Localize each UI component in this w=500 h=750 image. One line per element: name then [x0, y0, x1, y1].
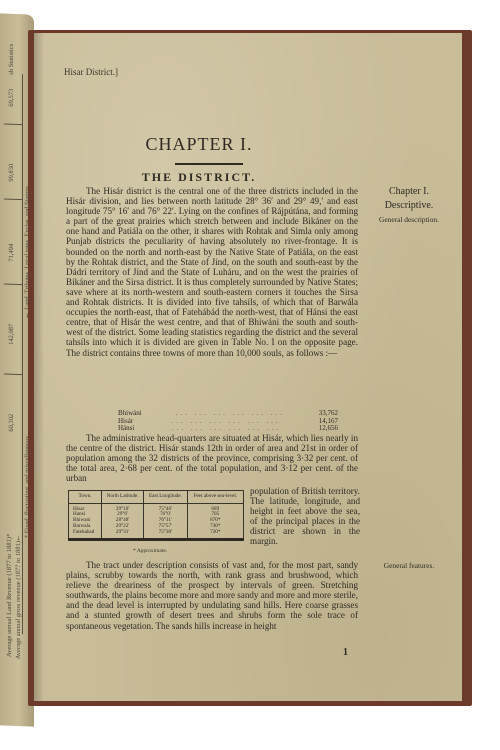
longitude-cell: 75°30′ [144, 530, 187, 540]
paragraph-intro: The Hisár district is the central one of… [66, 186, 358, 358]
page-number: 1 [343, 647, 348, 658]
leader-dots: ... ... ... ... ... ... [134, 425, 318, 433]
table-header: Feet above sea-level. [187, 491, 243, 504]
running-head: Hisar District.] [64, 67, 118, 77]
paragraph-text: The tract under description consists of … [66, 560, 358, 631]
prev-page-row-label: Average annual gross revenue (1877 to 18… [15, 534, 22, 660]
section-title: THE DISTRICT. [34, 170, 364, 185]
table-row: Fatehabad 29°31′ 75°30′ 720* [69, 530, 244, 540]
chapter-heading: CHAPTER I. [34, 134, 364, 155]
margin-note-chapter: Chapter I. [362, 186, 456, 197]
prev-page-header: sh Statistics [8, 44, 15, 75]
margin-note-general-description: General description. [362, 215, 456, 224]
table-footnote: * Approximate. [133, 548, 167, 554]
height-cell: 720* [187, 530, 243, 540]
prev-page-table-rule [22, 74, 23, 634]
paragraph-headquarters: The administrative head-quarters are sit… [66, 433, 358, 483]
town-name: Hánsi [118, 425, 134, 433]
table-side-text: population of British territory. The lat… [250, 486, 360, 547]
prev-page-divider [4, 199, 22, 201]
latitude-longitude-table: Town. North Latitude. East Longitude. Fe… [68, 490, 244, 541]
town-cell: Fatehabad [69, 530, 102, 540]
prev-page-divider [4, 124, 22, 126]
prev-page-value: 69,573 [8, 89, 15, 107]
table-header: Town. [69, 491, 102, 504]
towns-list: Bhiwáni ... ... ... ... ... ... 33,762 H… [118, 410, 338, 433]
chapter-rule [175, 163, 243, 165]
prev-page-value: 60,302 [8, 414, 15, 432]
table-header-row: Town. North Latitude. East Longitude. Fe… [69, 491, 244, 504]
margin-note-descriptive: Descriptive. [362, 200, 456, 211]
prev-page-value: 71,494 [8, 244, 15, 262]
prev-page-row-label: Average annual Land Revenue (1877 to 188… [6, 534, 13, 658]
latitude-cell: 29°31′ [102, 530, 144, 540]
town-population: 12,656 [319, 425, 338, 433]
paragraph-text: The administrative head-quarters are sit… [66, 433, 358, 483]
prev-page-divider [4, 374, 22, 376]
prev-page-value: 99,830 [8, 164, 15, 182]
paragraph-general-features: The tract under description consists of … [66, 560, 358, 631]
paragraph-text: The Hisár district is the central one of… [66, 186, 358, 358]
table-header: East Longitude. [144, 491, 187, 504]
margin-note-general-features: General features. [362, 561, 456, 570]
prev-page-divider [4, 284, 22, 286]
prev-page-value: 142,087 [8, 324, 15, 345]
table-header: North Latitude. [102, 491, 144, 504]
town-row: Hánsi ... ... ... ... ... ... 12,656 [118, 425, 338, 433]
